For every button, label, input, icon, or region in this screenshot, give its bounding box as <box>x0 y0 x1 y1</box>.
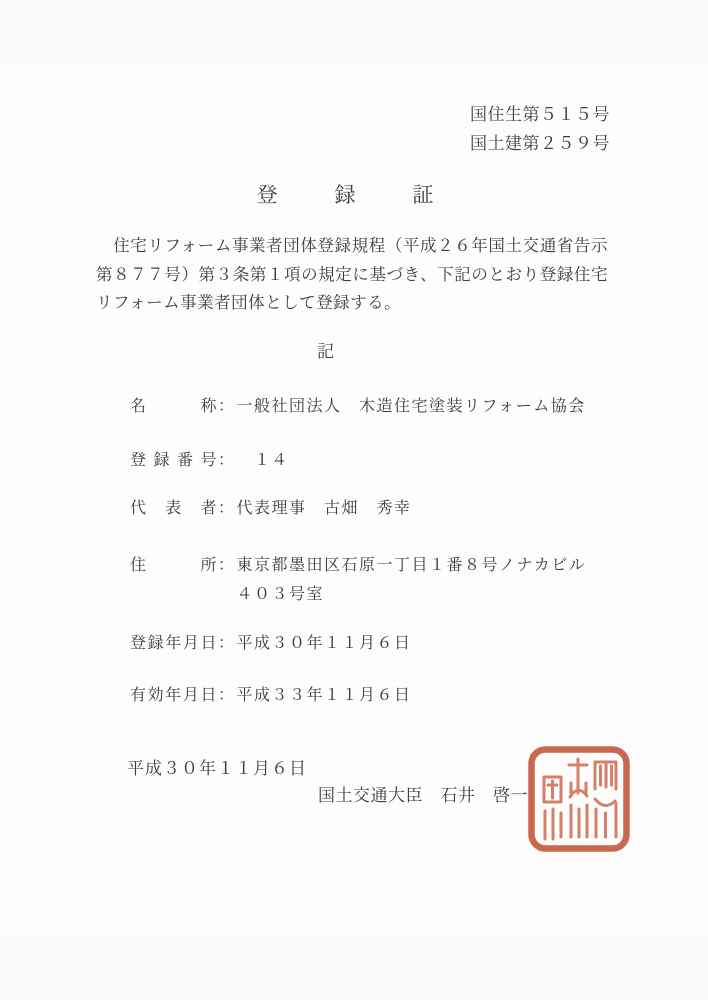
field-label: 登録年月日 <box>130 629 218 658</box>
field-colon: ： <box>218 392 236 421</box>
field-colon: ： <box>218 629 236 658</box>
field-value-registration-date: 平成３０年１１月６日 <box>237 629 412 658</box>
field-row-valid-until: 有効年月日：平成３３年１１月６日 <box>130 681 412 710</box>
document-number-line2: 国土建第２５９号 <box>470 129 610 158</box>
field-label: 登録番号 <box>130 446 218 475</box>
field-colon: ： <box>218 551 236 580</box>
field-colon: ： <box>218 446 236 475</box>
field-row-registration-date: 登録年月日：平成３０年１１月６日 <box>130 629 412 658</box>
field-label: 住所 <box>130 551 218 580</box>
field-label: 代表者 <box>130 494 218 523</box>
document-numbers: 国住生第５１５号 国土建第２５９号 <box>470 100 610 158</box>
field-label: 名称 <box>130 392 218 421</box>
field-value-registration-number: １４ <box>237 446 290 475</box>
intro-paragraph: 住宅リフォーム事業者団体登録規程（平成２６年国土交通省告示第８７７号）第３条第１… <box>96 232 608 318</box>
document-number-line1: 国住生第５１５号 <box>470 100 610 129</box>
ki-heading: 記 <box>0 337 651 366</box>
field-colon: ： <box>218 681 236 710</box>
field-value-valid-until: 平成３３年１１月６日 <box>237 681 412 710</box>
certificate-title: 登 録 証 <box>0 180 708 210</box>
field-row-name: 名称：一般社団法人 木造住宅塗装リフォーム協会 <box>130 392 586 421</box>
field-label: 有効年月日 <box>130 681 218 710</box>
minister-signature: 国土交通大臣 石井 啓一 <box>318 781 528 810</box>
field-row-address: 住所：東京都墨田区石原一丁目１番８号ノナカビル ４０３号室 <box>130 551 586 609</box>
field-value-representative: 代表理事 古畑 秀幸 <box>237 494 412 523</box>
issue-date: 平成３０年１１月６日 <box>127 754 307 783</box>
field-value-address: 東京都墨田区石原一丁目１番８号ノナカビル ４０３号室 <box>237 551 587 609</box>
seal-graphic <box>527 745 631 853</box>
field-colon: ： <box>218 494 236 523</box>
minister-official-seal-stamp-icon <box>527 745 631 853</box>
field-row-registration-number: 登録番号： １４ <box>130 446 289 475</box>
field-row-representative: 代表者：代表理事 古畑 秀幸 <box>130 494 412 523</box>
field-value-name: 一般社団法人 木造住宅塗装リフォーム協会 <box>237 392 586 421</box>
scanned-certificate-page: 国住生第５１５号 国土建第２５９号 登 録 証 住宅リフォーム事業者団体登録規程… <box>0 0 708 1000</box>
